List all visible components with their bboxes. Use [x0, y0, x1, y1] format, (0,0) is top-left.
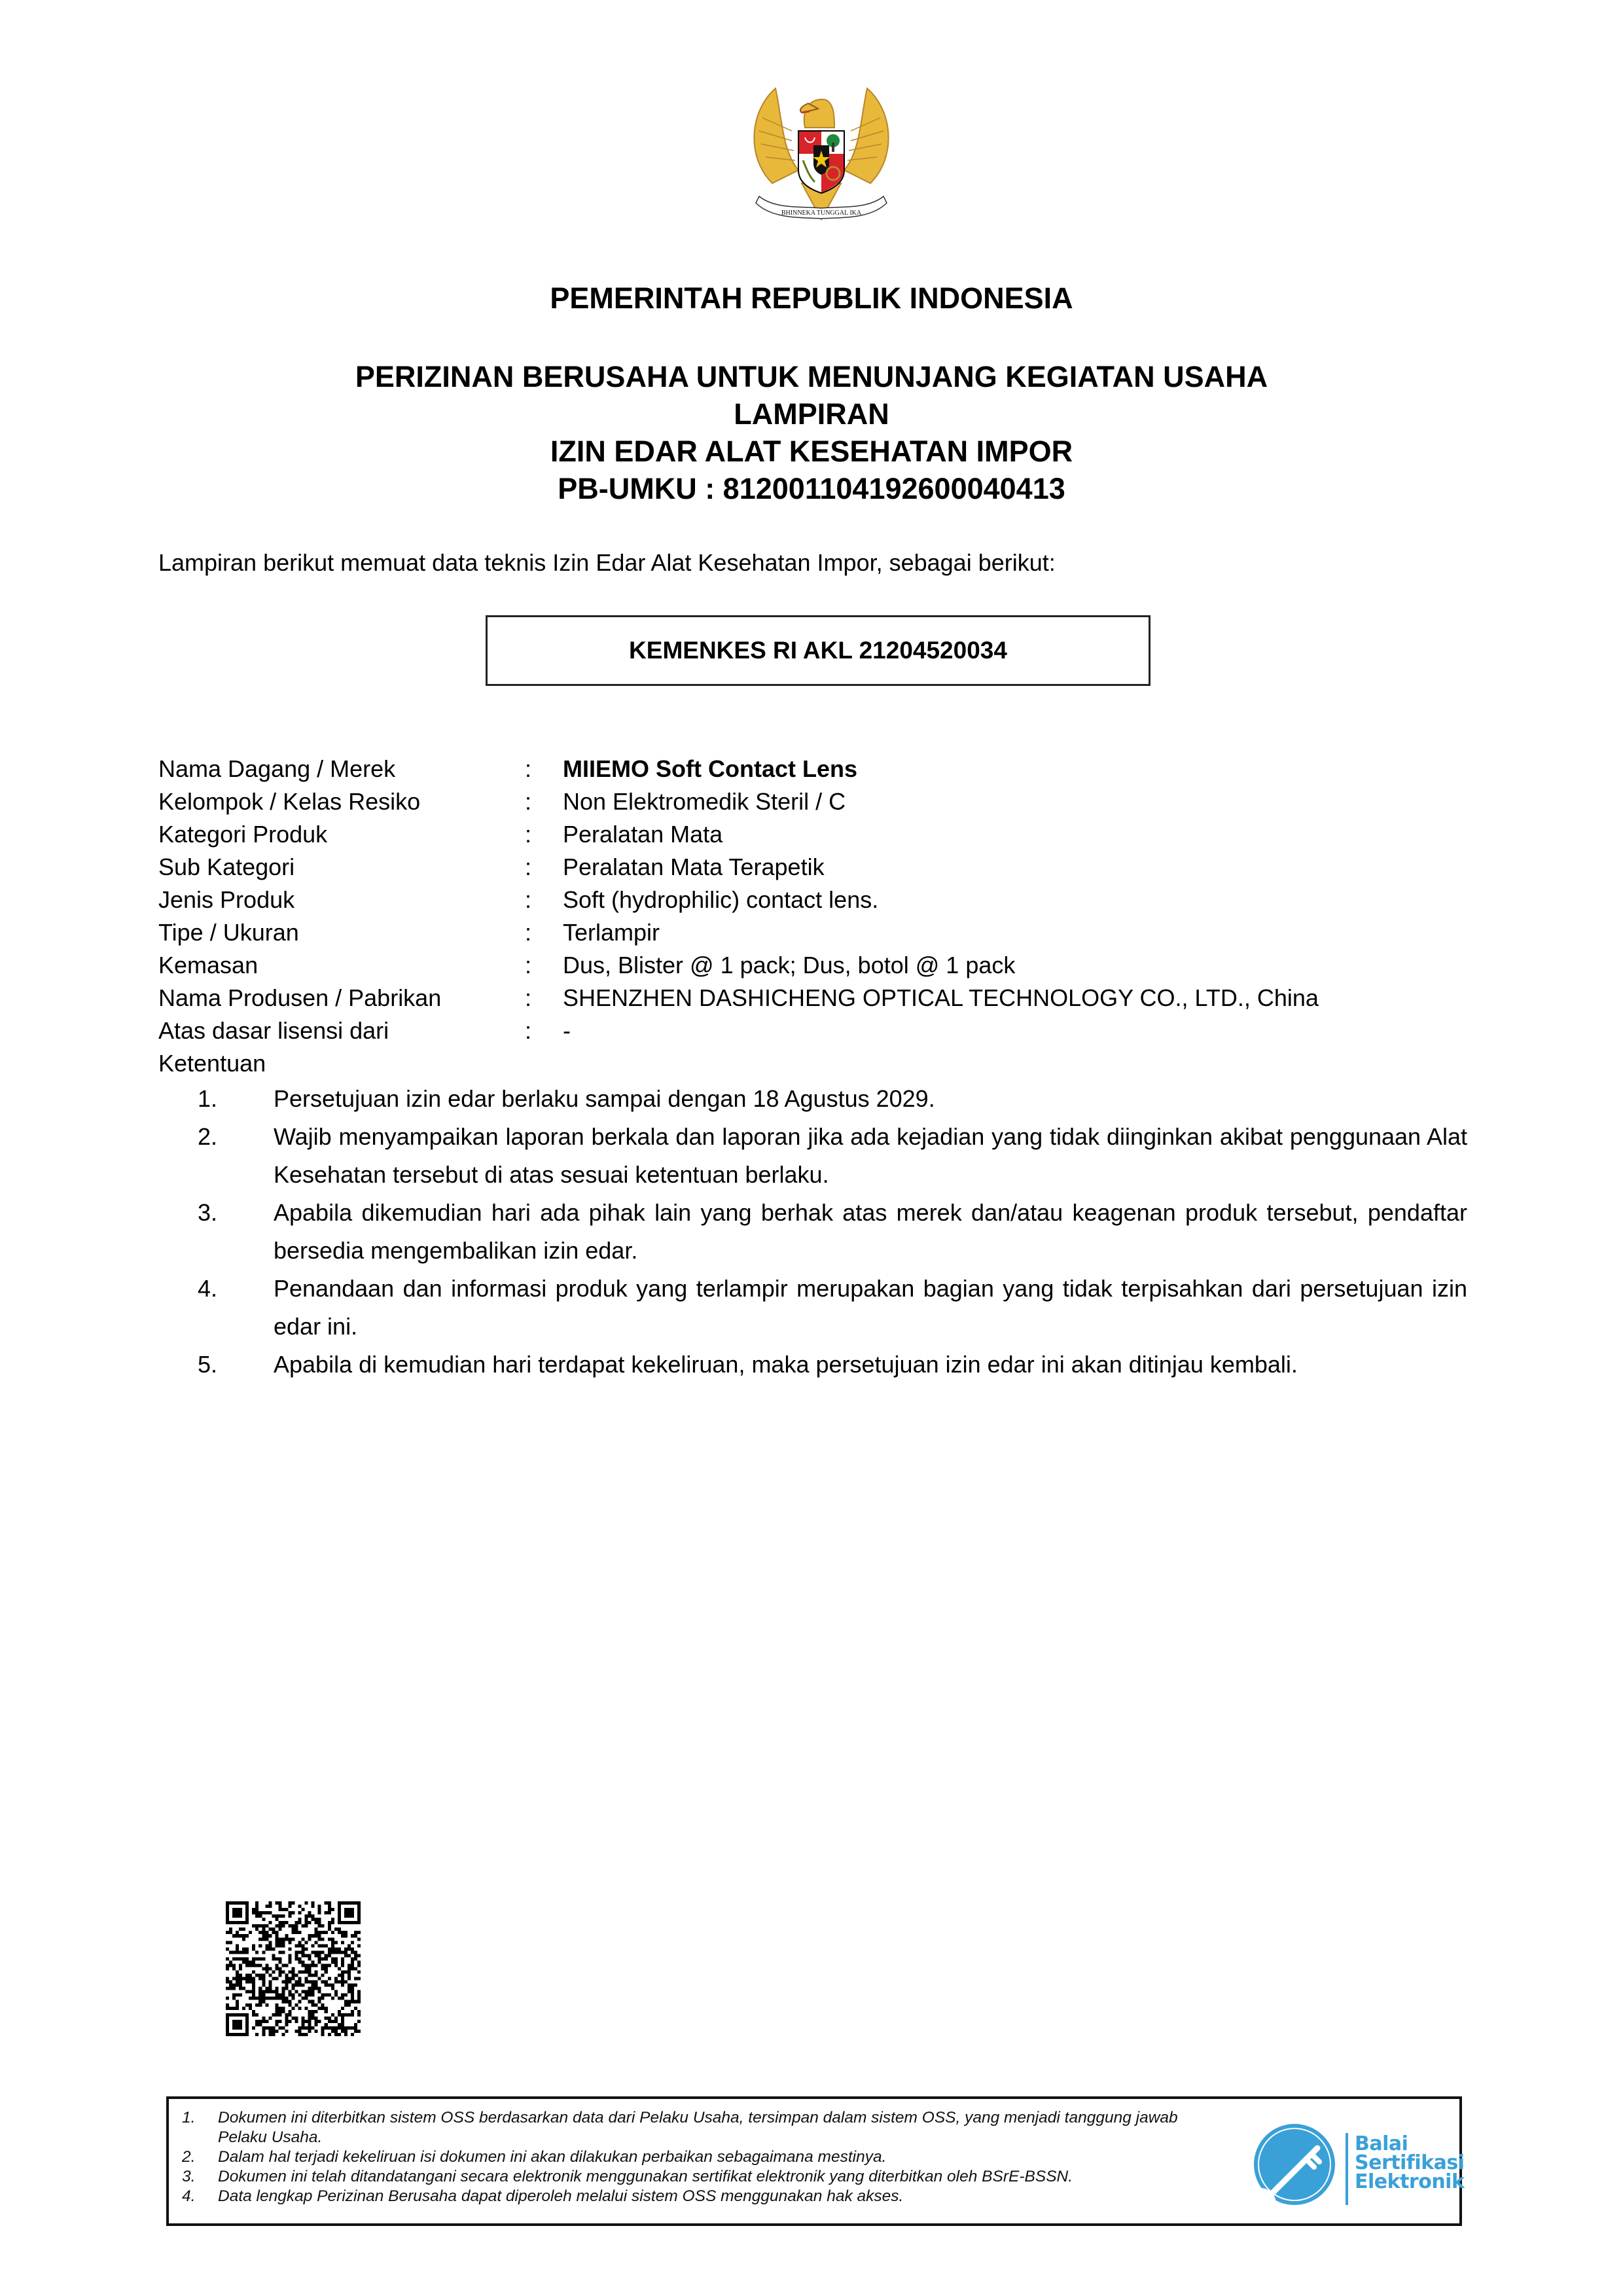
field-value: - — [563, 1014, 571, 1047]
field-colon: : — [525, 916, 531, 949]
footer-note-number: 1. — [182, 2108, 195, 2128]
ketentuan-item: 5.Apabila di kemudian hari terdapat keke… — [198, 1346, 1467, 1384]
field-colon: : — [525, 949, 531, 982]
footer-note-number: 3. — [182, 2167, 195, 2187]
field-value: MIIEMO Soft Contact Lens — [563, 753, 857, 785]
logo-divider — [1346, 2133, 1348, 2205]
field-colon: : — [525, 785, 531, 818]
field-label: Kelompok / Kelas Resiko — [158, 785, 420, 818]
footer-note: 3.Dokumen ini telah ditandatangani secar… — [182, 2167, 1229, 2187]
ketentuan-number: 2. — [198, 1118, 217, 1156]
field-label: Tipe / Ukuran — [158, 916, 299, 949]
field-value: Soft (hydrophilic) contact lens. — [563, 884, 878, 916]
field-label: Nama Dagang / Merek — [158, 753, 395, 785]
field-value: Dus, Blister @ 1 pack; Dus, botol @ 1 pa… — [563, 949, 1015, 982]
footer-note: 1.Dokumen ini diterbitkan sistem OSS ber… — [182, 2108, 1229, 2147]
ketentuan-number: 1. — [198, 1080, 217, 1118]
ketentuan-item: 2.Wajib menyampaikan laporan berkala dan… — [198, 1118, 1467, 1194]
field-colon: : — [525, 851, 531, 884]
key-seal-icon — [1249, 2119, 1340, 2210]
footer-note-text: Data lengkap Perizinan Berusaha dapat di… — [218, 2187, 903, 2205]
ketentuan-item: 4.Penandaan dan informasi produk yang te… — [198, 1270, 1467, 1346]
field-colon: : — [525, 1014, 531, 1047]
registration-number: KEMENKES RI AKL 21204520034 — [629, 637, 1007, 664]
ketentuan-number: 4. — [198, 1270, 217, 1308]
pb-umku-number: PB-UMKU : 812001104192600040413 — [0, 472, 1623, 506]
field-value: Non Elektromedik Steril / C — [563, 785, 846, 818]
permit-type-title: IZIN EDAR ALAT KESEHATAN IMPOR — [0, 435, 1623, 469]
footer-note-number: 2. — [182, 2147, 195, 2167]
field-label: Sub Kategori — [158, 851, 294, 884]
logo-line-balai: Balai — [1355, 2134, 1465, 2153]
footer-note-text: Dalam hal terjadi kekeliruan isi dokumen… — [218, 2148, 886, 2166]
registration-number-box: KEMENKES RI AKL 21204520034 — [486, 615, 1150, 686]
ketentuan-list: 1.Persetujuan izin edar berlaku sampai d… — [198, 1080, 1467, 1384]
field-value: SHENZHEN DASHICHENG OPTICAL TECHNOLOGY C… — [563, 982, 1319, 1014]
svg-text:BHINNEKA TUNGGAL IKA: BHINNEKA TUNGGAL IKA — [781, 209, 862, 217]
bsre-logo: Balai Sertifikasi Elektronik — [1249, 2115, 1458, 2213]
footer-note: 4.Data lengkap Perizinan Berusaha dapat … — [182, 2187, 1229, 2206]
ketentuan-label: Ketentuan — [158, 1047, 266, 1080]
footer-note-number: 4. — [182, 2187, 195, 2206]
footer-note: 2.Dalam hal terjadi kekeliruan isi dokum… — [182, 2147, 1229, 2167]
field-colon: : — [525, 982, 531, 1014]
intro-text: Lampiran berikut memuat data teknis Izin… — [158, 548, 1056, 577]
field-label: Jenis Produk — [158, 884, 294, 916]
field-value: Peralatan Mata — [563, 818, 722, 851]
footer-notes: 1.Dokumen ini diterbitkan sistem OSS ber… — [182, 2108, 1229, 2206]
footer-note-text: Dokumen ini telah ditandatangani secara … — [218, 2168, 1073, 2185]
ketentuan-text: Apabila dikemudian hari ada pihak lain y… — [274, 1199, 1467, 1264]
field-value: Terlampir — [563, 916, 660, 949]
ketentuan-number: 5. — [198, 1346, 217, 1384]
qr-code-icon — [226, 1901, 361, 2036]
field-colon: : — [525, 818, 531, 851]
government-title: PEMERINTAH REPUBLIK INDONESIA — [0, 281, 1623, 315]
field-colon: : — [525, 753, 531, 785]
field-label: Kemasan — [158, 949, 258, 982]
ketentuan-item: 1.Persetujuan izin edar berlaku sampai d… — [198, 1080, 1467, 1118]
ketentuan-text: Penandaan dan informasi produk yang terl… — [274, 1275, 1467, 1340]
ketentuan-text: Persetujuan izin edar berlaku sampai den… — [274, 1085, 935, 1112]
attachment-title: LAMPIRAN — [0, 397, 1623, 431]
garuda-pancasila-emblem: BHINNEKA TUNGGAL IKA — [736, 72, 906, 229]
ketentuan-text: Apabila di kemudian hari terdapat kekeli… — [274, 1351, 1298, 1378]
ketentuan-item: 3.Apabila dikemudian hari ada pihak lain… — [198, 1194, 1467, 1270]
logo-line-elektronik: Elektronik — [1355, 2172, 1465, 2191]
field-label: Atas dasar lisensi dari — [158, 1014, 389, 1047]
permit-title: PERIZINAN BERUSAHA UNTUK MENUNJANG KEGIA… — [0, 360, 1623, 394]
field-label: Kategori Produk — [158, 818, 327, 851]
ketentuan-text: Wajib menyampaikan laporan berkala dan l… — [274, 1123, 1467, 1188]
bsre-logo-text: Balai Sertifikasi Elektronik — [1355, 2134, 1465, 2191]
ketentuan-number: 3. — [198, 1194, 217, 1232]
field-label: Nama Produsen / Pabrikan — [158, 982, 441, 1014]
field-value: Peralatan Mata Terapetik — [563, 851, 825, 884]
footer-notes-box: 1.Dokumen ini diterbitkan sistem OSS ber… — [166, 2096, 1462, 2226]
field-colon: : — [525, 884, 531, 916]
footer-note-text: Dokumen ini diterbitkan sistem OSS berda… — [218, 2109, 1178, 2146]
logo-line-sertifikasi: Sertifikasi — [1355, 2153, 1465, 2172]
